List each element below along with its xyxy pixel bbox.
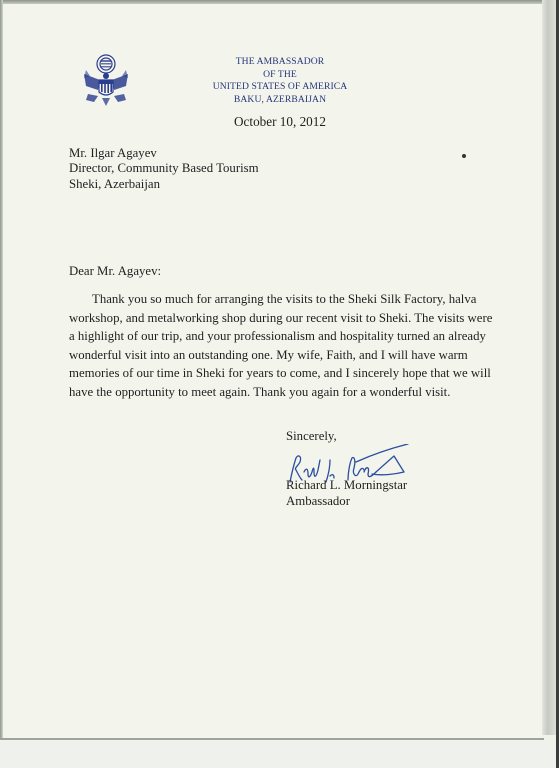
recipient-title: Director, Community Based Tourism	[69, 161, 259, 176]
signer-title: Ambassador	[286, 494, 350, 509]
body-line: wonderful visit into an outstanding one.…	[69, 346, 499, 365]
recipient-name: Mr. Ilgar Agayev	[69, 146, 259, 161]
letterhead: THE AMBASSADOR OF THE UNITED STATES OF A…	[200, 56, 360, 106]
letterhead-line: OF THE	[200, 69, 360, 82]
body-line: memories of our time in Sheki for years …	[69, 364, 499, 383]
body-line: Thank you so much for arranging the visi…	[69, 290, 499, 309]
body-line: have the opportunity to meet again. Than…	[69, 383, 499, 402]
letterhead-line: THE AMBASSADOR	[200, 56, 360, 69]
scan-bottom-strip	[0, 740, 556, 768]
body-line: workshop, and metalworking shop during o…	[69, 309, 499, 328]
recipient-location: Sheki, Azerbaijan	[69, 177, 259, 192]
scan-edge-bottom	[0, 738, 544, 740]
letter-date: October 10, 2012	[200, 114, 360, 130]
signer-name: Richard L. Morningstar	[286, 478, 407, 493]
great-seal-icon	[80, 52, 132, 108]
salutation: Dear Mr. Agayev:	[69, 264, 161, 279]
scan-speck	[462, 154, 466, 158]
recipient-address: Mr. Ilgar Agayev Director, Community Bas…	[69, 146, 259, 192]
scanned-document: THE AMBASSADOR OF THE UNITED STATES OF A…	[0, 0, 559, 768]
scan-edge-right-shadow	[542, 0, 556, 735]
letterhead-line: UNITED STATES OF AMERICA	[200, 81, 360, 94]
body-paragraph: Thank you so much for arranging the visi…	[69, 290, 499, 402]
valediction: Sincerely,	[286, 429, 337, 444]
body-line: a highlight of our trip, and your profes…	[69, 327, 499, 346]
letterhead-line: BAKU, AZERBAIJAN	[200, 94, 360, 107]
